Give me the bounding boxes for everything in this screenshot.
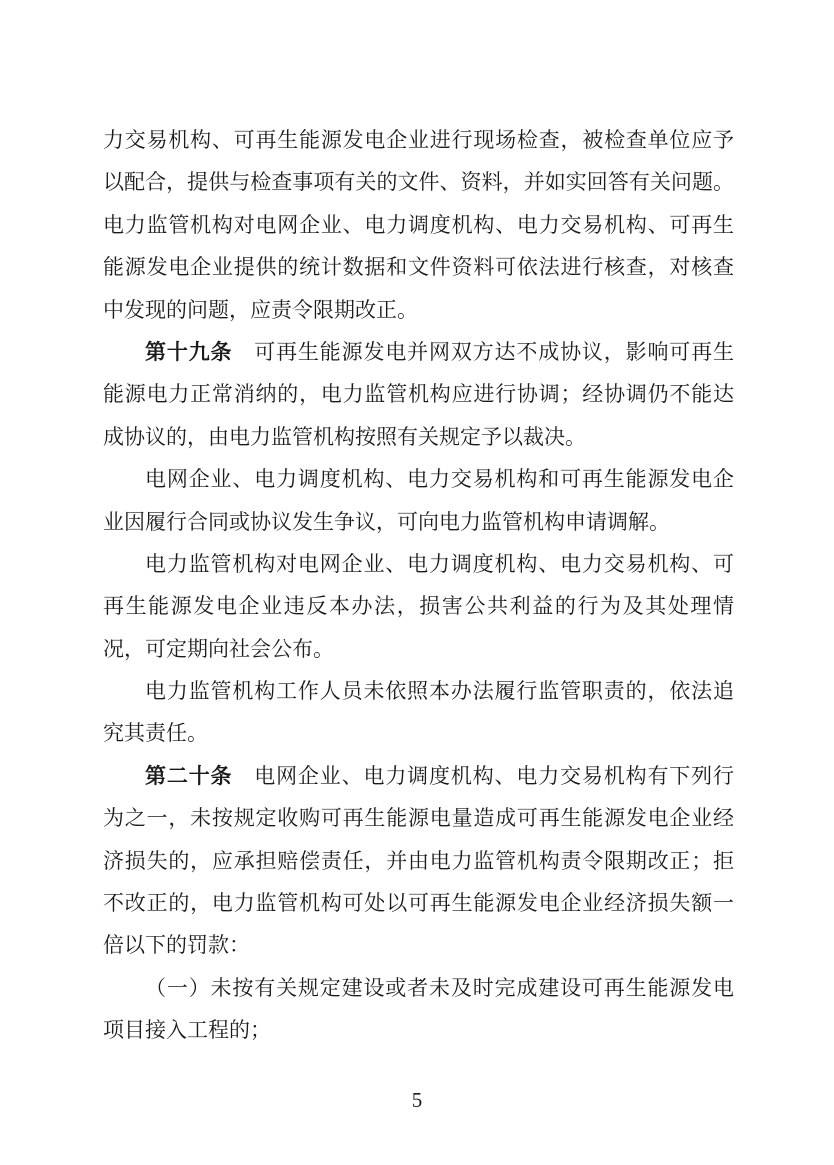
text-line: 不改正的，电力监管机构可处以可再生能源发电企业经济损失额一 [103,882,734,924]
article-number: 第二十条 [145,764,232,788]
text-line: 能源发电企业提供的统计数据和文件资料可依法进行核查，对核查 [103,246,734,288]
paragraph-continuation: 力交易机构、可再生能源发电企业进行现场检查，被检查单位应予以配合，提供与检查事项… [103,119,734,331]
text-line: 况，可定期向社会公布。 [103,628,734,670]
text-line: 倍以下的罚款： [103,924,734,966]
text-segment: 济损失的，应承担赔偿责任，并由电力监管机构责令限期改正；拒 [103,849,734,873]
text-segment: 究其责任。 [103,721,208,745]
text-line: 电力监管机构对电网企业、电力调度机构、电力交易机构、可 [103,543,734,585]
text-segment: 再生能源发电企业违反本办法，损害公共利益的行为及其处理情 [103,594,734,618]
text-line: 第二十条 电网企业、电力调度机构、电力交易机构有下列行 [103,755,734,797]
text-segment: 可再生能源发电并网双方达不成协议，影响可再生 [232,340,734,364]
text-line: 中发现的问题，应责令限期改正。 [103,289,734,331]
text-line: 第十九条 可再生能源发电并网双方达不成协议，影响可再生 [103,331,734,373]
text-line: 电力监管机构对电网企业、电力调度机构、电力交易机构、可再生 [103,204,734,246]
text-segment: 项目接入工程的； [103,1018,271,1042]
text-line: 究其责任。 [103,712,734,754]
text-line: 为之一，未按规定收购可再生能源电量造成可再生能源发电企业经 [103,797,734,839]
text-segment: 电力监管机构对电网企业、电力调度机构、电力交易机构、可再生 [103,213,734,237]
text-segment: 成协议的，由电力监管机构按照有关规定予以裁决。 [103,425,586,449]
paragraph-article-19: 第十九条 可再生能源发电并网双方达不成协议，影响可再生能源电力正常消纳的，电力监… [103,331,734,458]
text-line: 以配合，提供与检查事项有关的文件、资料，并如实回答有关问题。 [103,161,734,203]
text-line: 济损失的，应承担赔偿责任，并由电力监管机构责令限期改正；拒 [103,840,734,882]
text-line: 电力监管机构工作人员未依照本办法履行监管职责的，依法追 [103,670,734,712]
text-segment: 业因履行合同或协议发生争议，可向电力监管机构申请调解。 [103,510,670,534]
text-segment: 力交易机构、可再生能源发电企业进行现场检查，被检查单位应予 [103,128,734,152]
page-number: 5 [0,1086,834,1114]
text-segment: 电网企业、电力调度机构、电力交易机构和可再生能源发电企 [145,467,734,491]
text-line: 力交易机构、可再生能源发电企业进行现场检查，被检查单位应予 [103,119,734,161]
text-segment: 况，可定期向社会公布。 [103,637,334,661]
text-line: 成协议的，由电力监管机构按照有关规定予以裁决。 [103,416,734,458]
text-segment: 倍以下的罚款： [103,933,250,957]
text-segment: （一）未按有关规定建设或者未及时完成建设可再生能源发电 [145,976,734,1000]
text-line: 电网企业、电力调度机构、电力交易机构和可再生能源发电企 [103,458,734,500]
text-segment: 电网企业、电力调度机构、电力交易机构有下列行 [232,764,734,788]
document-page: 力交易机构、可再生能源发电企业进行现场检查，被检查单位应予以配合，提供与检查事项… [0,0,834,1165]
paragraph-dispute-mediation: 电网企业、电力调度机构、电力交易机构和可再生能源发电企业因履行合同或协议发生争议… [103,458,734,543]
paragraph-staff-liability: 电力监管机构工作人员未依照本办法履行监管职责的，依法追究其责任。 [103,670,734,755]
text-segment: 能源电力正常消纳的，电力监管机构应进行协调；经协调仍不能达 [103,382,734,406]
article-number: 第十九条 [145,340,232,364]
text-segment: 以配合，提供与检查事项有关的文件、资料，并如实回答有关问题。 [103,170,734,194]
text-segment: 能源发电企业提供的统计数据和文件资料可依法进行核查，对核查 [103,255,734,279]
text-segment: 电力监管机构工作人员未依照本办法履行监管职责的，依法追 [145,679,734,703]
text-line: （一）未按有关规定建设或者未及时完成建设可再生能源发电 [103,967,734,1009]
paragraph-item-1: （一）未按有关规定建设或者未及时完成建设可再生能源发电项目接入工程的； [103,967,734,1052]
paragraph-public-disclosure: 电力监管机构对电网企业、电力调度机构、电力交易机构、可再生能源发电企业违反本办法… [103,543,734,670]
text-line: 再生能源发电企业违反本办法，损害公共利益的行为及其处理情 [103,585,734,627]
text-segment: 为之一，未按规定收购可再生能源电量造成可再生能源发电企业经 [103,806,734,830]
text-line: 项目接入工程的； [103,1009,734,1051]
text-segment: 电力监管机构对电网企业、电力调度机构、电力交易机构、可 [145,552,734,576]
text-line: 业因履行合同或协议发生争议，可向电力监管机构申请调解。 [103,501,734,543]
document-body: 力交易机构、可再生能源发电企业进行现场检查，被检查单位应予以配合，提供与检查事项… [103,119,734,1052]
text-segment: 不改正的，电力监管机构可处以可再生能源发电企业经济损失额一 [103,891,734,915]
text-line: 能源电力正常消纳的，电力监管机构应进行协调；经协调仍不能达 [103,373,734,415]
paragraph-article-20: 第二十条 电网企业、电力调度机构、电力交易机构有下列行为之一，未按规定收购可再生… [103,755,734,967]
text-segment: 中发现的问题，应责令限期改正。 [103,298,418,322]
